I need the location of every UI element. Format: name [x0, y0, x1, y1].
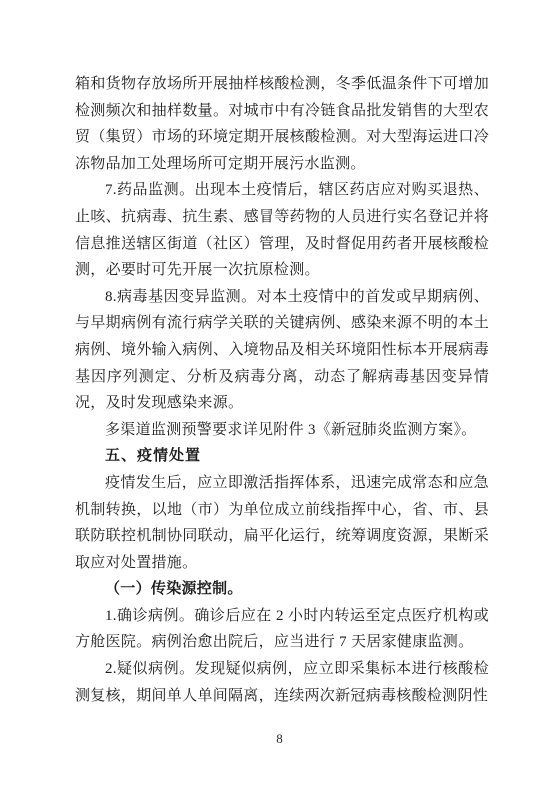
- document-body: 箱和货物存放场所开展抽样核酸检测，冬季低温条件下可增加检测频次和抽样数量。对城市…: [75, 71, 489, 709]
- page-footer: 8: [0, 730, 559, 748]
- paragraph-body: 8.病毒基因变异监测。对本土疫情中的首发或早期病例、与早期病例有流行病学关联的关…: [75, 284, 489, 417]
- paragraph-heading: 五、疫情处置: [75, 443, 489, 470]
- paragraph-body: 7.药品监测。出现本土疫情后，辖区药店应对购买退热、止咳、抗病毒、抗生素、感冒等…: [75, 177, 489, 283]
- paragraph-body: 1.确诊病例。确诊后应在 2 小时内转运至定点医疗机构或方舱医院。病例治愈出院后…: [75, 603, 489, 656]
- paragraph-body: 疫情发生后，应立即激活指挥体系，迅速完成常态和应急机制转换，以地（市）为单位成立…: [75, 470, 489, 576]
- page-number: 8: [276, 731, 283, 746]
- document-page: 箱和货物存放场所开展抽样核酸检测，冬季低温条件下可增加检测频次和抽样数量。对城市…: [0, 0, 559, 793]
- paragraph-body: 多渠道监测预警要求详见附件 3《新冠肺炎监测方案》。: [75, 417, 489, 444]
- paragraph-body: 2.疑似病例。发现疑似病例，应立即采集标本进行核酸检测复核，期间单人单间隔离，连…: [75, 656, 489, 709]
- paragraph-subheading: （一）传染源控制。: [75, 576, 489, 603]
- paragraph-body: 箱和货物存放场所开展抽样核酸检测，冬季低温条件下可增加检测频次和抽样数量。对城市…: [75, 71, 489, 177]
